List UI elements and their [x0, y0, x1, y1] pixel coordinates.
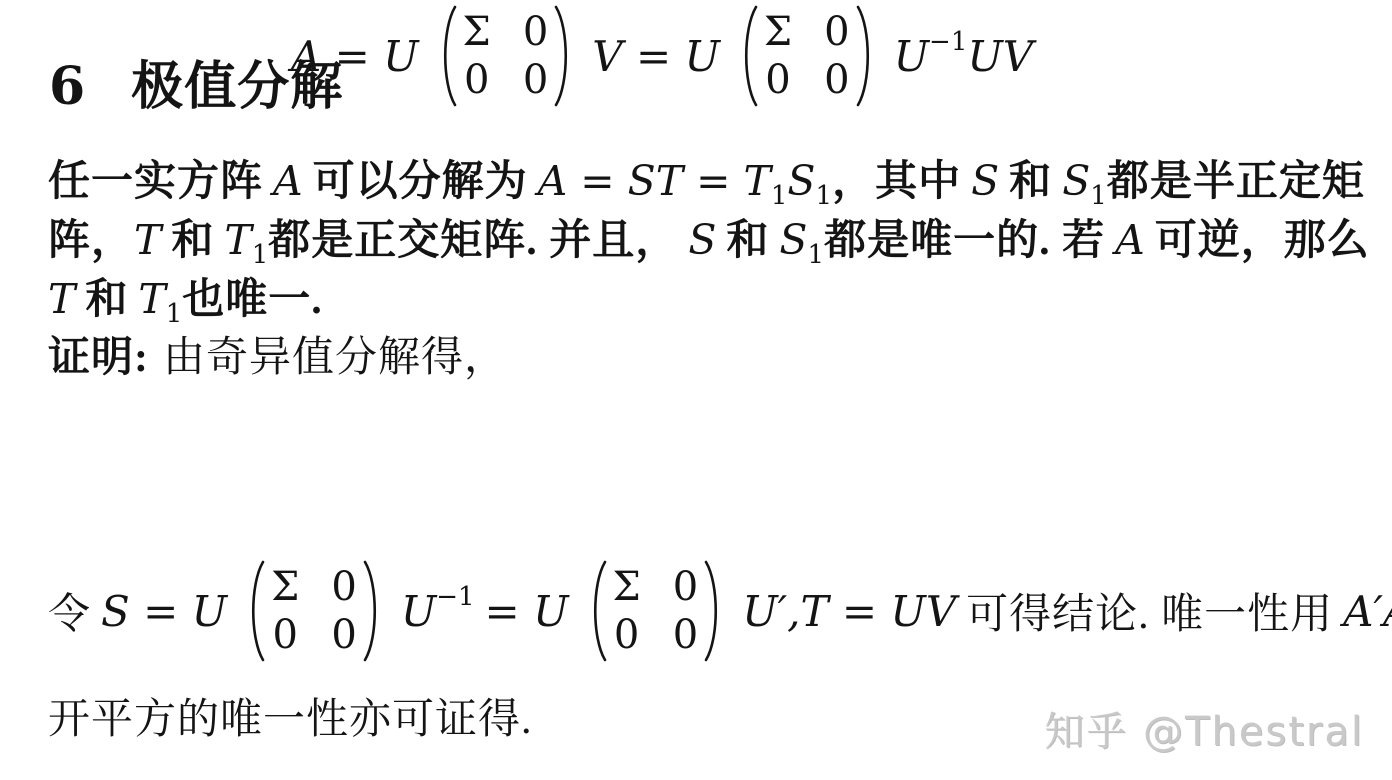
matrix-left-paren	[736, 4, 760, 108]
matrix-cell: 0	[824, 57, 849, 103]
math-inline: U	[391, 587, 436, 636]
theorem-text: 和	[1009, 159, 1052, 205]
proof-text: 令	[48, 581, 91, 641]
matrix-right-paren	[702, 559, 726, 663]
matrix-cell: 0	[614, 612, 639, 658]
theorem-text: ，其中	[832, 159, 961, 205]
theorem-text: 阵，	[48, 218, 134, 264]
matrix-cell: 0	[272, 612, 297, 658]
math-inline: T	[214, 216, 251, 264]
matrix-right-paren	[361, 559, 385, 663]
math-inline: A = ST = T	[528, 157, 771, 205]
math-superscript: −1	[929, 27, 967, 57]
math-inline: S	[769, 216, 807, 264]
display-equation: A = U Σ000 V = U Σ000 U−1UV	[0, 0, 1358, 112]
math-inline: A = U	[281, 32, 429, 81]
matrix: Σ000	[435, 4, 577, 108]
math-inline: V = U	[582, 32, 730, 81]
matrix-cell: 0	[523, 9, 548, 55]
matrix-grid: Σ000	[613, 564, 699, 658]
matrix-grid: Σ000	[463, 9, 549, 103]
matrix-cell: Σ	[271, 564, 299, 610]
matrix-cell: Σ	[764, 9, 792, 55]
math-inline: UV	[967, 32, 1043, 81]
theorem-text: 和	[171, 218, 214, 264]
theorem-line-3: T和T1也唯一.	[48, 270, 1348, 329]
math-inline: S	[1052, 157, 1090, 205]
matrix-cell: 0	[673, 612, 698, 658]
math-inline: T	[128, 275, 165, 323]
math-inline: S	[787, 157, 815, 205]
matrix-cell: 0	[331, 564, 356, 610]
proof-intro: 由奇异值分解得，	[163, 335, 507, 381]
matrix-left-paren	[435, 4, 459, 108]
theorem-text: 和	[85, 277, 128, 323]
math-inline: S = U	[91, 587, 237, 636]
watermark: 知乎 @Thestral	[1044, 700, 1364, 757]
math-superscript: −1	[436, 582, 474, 612]
theorem-line-2: 阵，T和T1都是正交矩阵. 并且，S和S1都是唯一的. 若A可逆，那么	[48, 211, 1348, 270]
matrix-cell: 0	[523, 57, 548, 103]
matrix-cell: 0	[331, 612, 356, 658]
matrix-left-paren	[243, 559, 267, 663]
math-subscript: 1	[816, 181, 833, 211]
matrix: Σ000	[585, 559, 727, 663]
matrix-cell: 0	[464, 57, 489, 103]
math-inline: S	[678, 216, 726, 264]
math-subscript: 1	[1090, 181, 1107, 211]
proof-label: 证明:	[48, 335, 149, 381]
math-inline: U	[884, 32, 929, 81]
math-inline: U′,T = UV	[732, 587, 966, 636]
document-page: 6极值分解 任一实方阵A可以分解为A = ST = T1S1，其中S和S1都是半…	[0, 0, 1392, 780]
matrix-grid: Σ000	[764, 9, 850, 103]
matrix-right-paren	[552, 4, 576, 108]
matrix-cell: Σ	[463, 9, 491, 55]
theorem-text: 可以分解为	[313, 159, 528, 205]
theorem-text: 可逆，那么	[1155, 218, 1370, 264]
proof-intro-line: 证明:由奇异值分解得，	[48, 329, 1348, 388]
inline-equation-line: 令 S = U Σ000 U−1= U Σ000 U′,T = UV 可得结论.…	[48, 552, 1392, 670]
math-inline: A′A	[1333, 587, 1392, 636]
matrix: Σ000	[243, 559, 385, 663]
math-subscript: 1	[808, 240, 825, 270]
theorem-text: 都是正交矩阵. 并且，	[268, 218, 678, 264]
math-inline: T	[48, 275, 85, 323]
theorem-text: 都是半正定矩	[1107, 159, 1365, 205]
theorem-text: 和	[726, 218, 769, 264]
math-inline: S	[961, 157, 1009, 205]
theorem-text: 也唯一.	[182, 277, 323, 323]
matrix-cell: 0	[824, 9, 849, 55]
matrix-right-paren	[854, 4, 878, 108]
math-subscript: 1	[252, 240, 269, 270]
math-inline: = U	[475, 587, 579, 636]
math-inline: A	[263, 157, 313, 205]
theorem-text: 任一实方阵	[48, 159, 263, 205]
proof-text: 可得结论. 唯一性用	[966, 581, 1333, 641]
theorem-line-1: 任一实方阵A可以分解为A = ST = T1S1，其中S和S1都是半正定矩	[48, 152, 1348, 211]
matrix-cell: Σ	[613, 564, 641, 610]
matrix: Σ000	[736, 4, 878, 108]
math-inline: A	[1105, 216, 1155, 264]
math-subscript: 1	[771, 181, 788, 211]
matrix-left-paren	[585, 559, 609, 663]
theorem-paragraph: 任一实方阵A可以分解为A = ST = T1S1，其中S和S1都是半正定矩 阵，…	[48, 152, 1348, 388]
matrix-cell: 0	[673, 564, 698, 610]
matrix-cell: 0	[765, 57, 790, 103]
math-inline: T	[134, 216, 171, 264]
proof-closing-line: 开平方的唯一性亦可证得.	[48, 686, 533, 746]
theorem-text: 都是唯一的. 若	[824, 218, 1105, 264]
math-subscript: 1	[166, 299, 183, 329]
matrix-grid: Σ000	[271, 564, 357, 658]
